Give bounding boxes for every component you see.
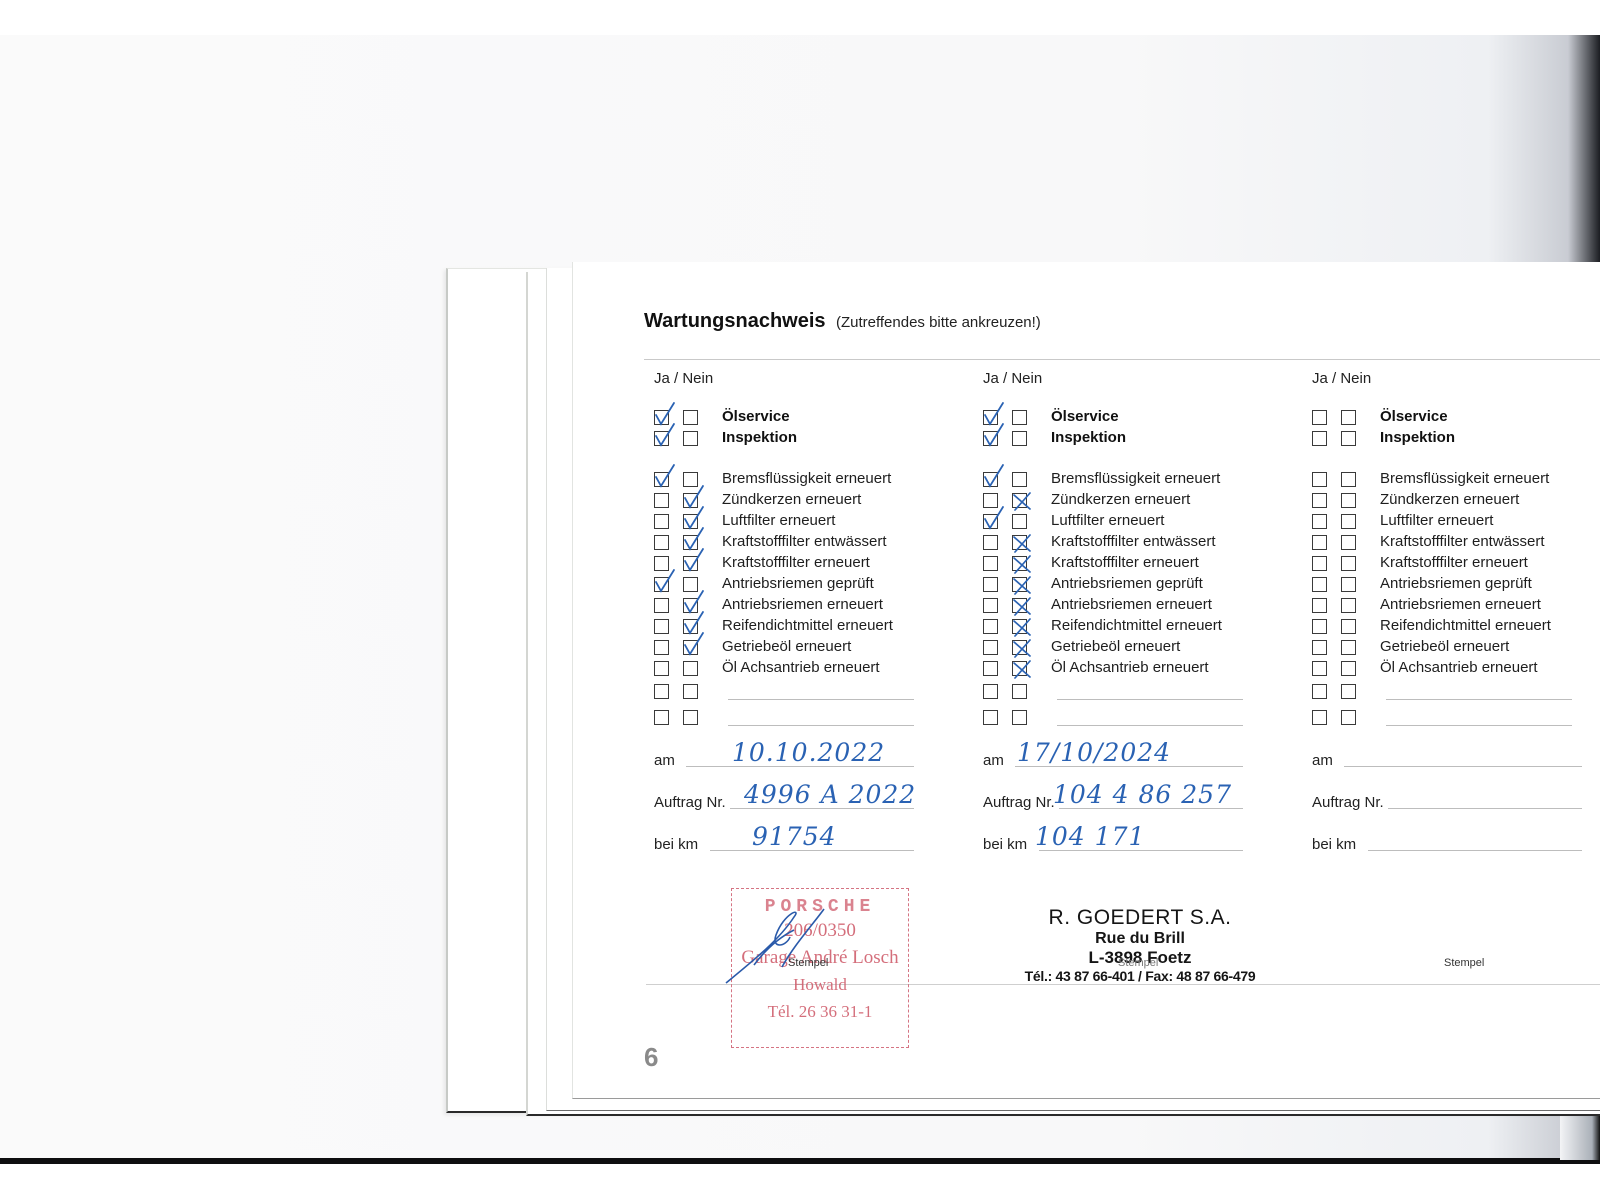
nein-checkbox[interactable]: [1012, 598, 1027, 613]
blank-checklist-row: [983, 682, 1303, 703]
nein-checkbox[interactable]: [1341, 661, 1356, 676]
ja-checkbox[interactable]: [1312, 493, 1327, 508]
nein-checkbox[interactable]: [1341, 556, 1356, 571]
nein-checkbox[interactable]: [1341, 514, 1356, 529]
ja-checkbox[interactable]: [983, 472, 998, 487]
checklist-label: Antriebsriemen erneuert: [1380, 596, 1541, 613]
service-record-column-1: Ja / NeinÖlserviceInspektionBremsflüssig…: [644, 365, 964, 975]
checklist-label: Kraftstofffilter entwässert: [1051, 533, 1216, 550]
checklist-label: Getriebeöl erneuert: [1051, 638, 1180, 655]
checklist-label: Antriebsriemen geprüft: [1380, 575, 1532, 592]
checklist-label: Zündkerzen erneuert: [1051, 491, 1190, 508]
ja-checkbox[interactable]: [1312, 598, 1327, 613]
checklist-label: Getriebeöl erneuert: [722, 638, 851, 655]
checklist-row: Inspektion: [654, 429, 974, 450]
ja-checkbox[interactable]: [654, 556, 669, 571]
nein-checkbox[interactable]: [683, 472, 698, 487]
order-number-handwritten-value: 104 4 86 257: [1053, 780, 1232, 809]
checklist-row: Getriebeöl erneuert: [1312, 638, 1600, 659]
checklist-label: Kraftstofffilter erneuert: [1051, 554, 1199, 571]
mileage-handwritten-value: 104 171: [1035, 822, 1145, 851]
order-number-field[interactable]: Auftrag Nr.4996 A 2022: [654, 785, 974, 811]
ja-checkbox[interactable]: [983, 710, 998, 725]
checklist-label: Antriebsriemen erneuert: [1051, 596, 1212, 613]
nein-checkbox[interactable]: [1012, 640, 1027, 655]
mileage-field[interactable]: bei km91754: [654, 827, 974, 853]
date-field[interactable]: am: [1312, 743, 1600, 769]
ja-checkbox[interactable]: [654, 619, 669, 634]
ja-checkbox[interactable]: [1312, 431, 1327, 446]
ja-checkbox[interactable]: [1312, 684, 1327, 699]
ja-nein-header: Ja / Nein: [654, 370, 713, 387]
nein-checkbox[interactable]: [1341, 535, 1356, 550]
checklist-label: Bremsflüssigkeit erneuert: [722, 470, 891, 487]
checklist-label: Kraftstofffilter erneuert: [722, 554, 870, 571]
ja-checkbox[interactable]: [1312, 710, 1327, 725]
handwritten-check-icon: [651, 424, 677, 450]
handwritten-check-icon: [980, 507, 1006, 533]
checklist-label: Kraftstofffilter entwässert: [1380, 533, 1545, 550]
blank-checklist-row: [654, 708, 974, 729]
stempel-label-1: Stempel: [788, 957, 828, 969]
checklist-row: Inspektion: [983, 429, 1303, 450]
nein-checkbox[interactable]: [1012, 493, 1027, 508]
checklist-row: Reifendichtmittel erneuert: [1312, 617, 1600, 638]
ja-checkbox[interactable]: [983, 431, 998, 446]
checklist-label: Luftfilter erneuert: [1051, 512, 1164, 529]
dealer-stamp-goedert: R. GOEDERT S.A. Rue du Brill L-3898 Foet…: [1010, 906, 1270, 984]
page-title: Wartungsnachweis (Zutreffendes bitte ank…: [644, 310, 1041, 333]
checklist-label: Öl Achsantrieb erneuert: [722, 659, 880, 676]
ja-checkbox[interactable]: [1312, 640, 1327, 655]
mileage-label: bei km: [1312, 836, 1356, 853]
ja-checkbox[interactable]: [1312, 410, 1327, 425]
checklist-row: Öl Achsantrieb erneuert: [983, 659, 1303, 680]
nein-checkbox[interactable]: [683, 514, 698, 529]
nein-checkbox[interactable]: [683, 619, 698, 634]
checklist-label: Zündkerzen erneuert: [722, 491, 861, 508]
checklist-label: Reifendichtmittel erneuert: [722, 617, 893, 634]
ja-checkbox[interactable]: [983, 598, 998, 613]
header-divider: [644, 359, 1600, 360]
checklist-row: Kraftstofffilter erneuert: [654, 554, 974, 575]
checklist-row: Antriebsriemen erneuert: [1312, 596, 1600, 617]
ja-nein-header: Ja / Nein: [983, 370, 1042, 387]
nein-checkbox[interactable]: [1012, 661, 1027, 676]
nein-checkbox[interactable]: [683, 684, 698, 699]
nein-checkbox[interactable]: [1341, 410, 1356, 425]
nein-checkbox[interactable]: [683, 598, 698, 613]
nein-checkbox[interactable]: [1341, 640, 1356, 655]
nein-checkbox[interactable]: [1012, 410, 1027, 425]
checklist-label: Luftfilter erneuert: [722, 512, 835, 529]
checklist-label: Ölservice: [1380, 408, 1448, 425]
checklist-label: Bremsflüssigkeit erneuert: [1051, 470, 1220, 487]
ja-checkbox[interactable]: [983, 640, 998, 655]
stamp-phone-fax: Tél.: 43 87 66-401 / Fax: 48 87 66-479: [1010, 968, 1270, 984]
ja-checkbox[interactable]: [983, 410, 998, 425]
nein-checkbox[interactable]: [1341, 472, 1356, 487]
ja-checkbox[interactable]: [1312, 556, 1327, 571]
ja-checkbox[interactable]: [654, 577, 669, 592]
blank-entry-line[interactable]: [728, 699, 914, 700]
order-number-line: [1388, 808, 1582, 809]
checklist-label: Öl Achsantrieb erneuert: [1051, 659, 1209, 676]
ja-checkbox[interactable]: [1312, 661, 1327, 676]
checklist-label: Ölservice: [1051, 408, 1119, 425]
mileage-label: bei km: [983, 836, 1027, 853]
blank-checklist-row: [1312, 682, 1600, 703]
mileage-handwritten-value: 91754: [752, 822, 837, 851]
ja-checkbox[interactable]: [983, 684, 998, 699]
nein-checkbox[interactable]: [1012, 619, 1027, 634]
ja-checkbox[interactable]: [654, 710, 669, 725]
nein-checkbox[interactable]: [1012, 472, 1027, 487]
checklist-label: Getriebeöl erneuert: [1380, 638, 1509, 655]
checklist-row: Ölservice: [654, 408, 974, 429]
blank-checklist-row: [1312, 708, 1600, 729]
ja-checkbox[interactable]: [654, 661, 669, 676]
handwritten-check-icon: [680, 633, 706, 659]
order-number-field[interactable]: Auftrag Nr.104 4 86 257: [983, 785, 1303, 811]
date-field[interactable]: am17/10/2024: [983, 743, 1303, 769]
checklist-label: Antriebsriemen erneuert: [722, 596, 883, 613]
ja-checkbox[interactable]: [1312, 619, 1327, 634]
handwritten-check-icon: [680, 549, 706, 575]
nein-checkbox[interactable]: [1012, 556, 1027, 571]
service-record-column-2: Ja / NeinÖlserviceInspektionBremsflüssig…: [973, 365, 1293, 975]
blank-entry-line[interactable]: [1386, 699, 1572, 700]
checklist-label: Luftfilter erneuert: [1380, 512, 1493, 529]
checklist-label: Öl Achsantrieb erneuert: [1380, 659, 1538, 676]
checklist-label: Antriebsriemen geprüft: [722, 575, 874, 592]
order-number-label: Auftrag Nr.: [654, 794, 726, 811]
blank-entry-line[interactable]: [728, 725, 914, 726]
ja-checkbox[interactable]: [983, 535, 998, 550]
checklist-row: Kraftstofffilter erneuert: [1312, 554, 1600, 575]
blank-checklist-row: [983, 708, 1303, 729]
nein-checkbox[interactable]: [1341, 619, 1356, 634]
order-number-label: Auftrag Nr.: [983, 794, 1055, 811]
nein-checkbox[interactable]: [1012, 514, 1027, 529]
ja-checkbox[interactable]: [654, 640, 669, 655]
handwritten-cross-icon: [1009, 486, 1035, 512]
mileage-field[interactable]: bei km104 171: [983, 827, 1303, 853]
date-handwritten-value: 10.10.2022: [732, 738, 885, 767]
ja-nein-header: Ja / Nein: [1312, 370, 1371, 387]
checklist-row: Öl Achsantrieb erneuert: [1312, 659, 1600, 680]
ja-checkbox[interactable]: [654, 514, 669, 529]
service-record-column-3: Ja / NeinÖlserviceInspektionBremsflüssig…: [1302, 365, 1600, 975]
checklist-row: Inspektion: [1312, 429, 1600, 450]
ja-checkbox[interactable]: [654, 535, 669, 550]
ja-checkbox[interactable]: [654, 493, 669, 508]
checklist-label: Bremsflüssigkeit erneuert: [1380, 470, 1549, 487]
nein-checkbox[interactable]: [1341, 493, 1356, 508]
order-number-handwritten-value: 4996 A 2022: [744, 780, 916, 809]
ja-checkbox[interactable]: [654, 410, 669, 425]
nein-checkbox[interactable]: [683, 556, 698, 571]
stamp-street: Rue du Brill: [1010, 930, 1270, 948]
nein-checkbox[interactable]: [683, 431, 698, 446]
checklist-label: Ölservice: [722, 408, 790, 425]
nein-checkbox[interactable]: [683, 710, 698, 725]
ja-checkbox[interactable]: [654, 431, 669, 446]
ja-checkbox[interactable]: [983, 556, 998, 571]
document-title: Wartungsnachweis: [644, 310, 826, 332]
nein-checkbox[interactable]: [1012, 577, 1027, 592]
blank-entry-line[interactable]: [1057, 725, 1243, 726]
handwritten-check-icon: [651, 570, 677, 596]
checklist-row: Zündkerzen erneuert: [1312, 491, 1600, 512]
signature-scribble: [724, 905, 844, 985]
checklist-row: Bremsflüssigkeit erneuert: [1312, 470, 1600, 491]
blank-checklist-row: [654, 682, 974, 703]
handwritten-cross-icon: [1009, 654, 1035, 680]
ja-checkbox[interactable]: [983, 493, 998, 508]
date-field[interactable]: am10.10.2022: [654, 743, 974, 769]
ja-checkbox[interactable]: [983, 577, 998, 592]
date-label: am: [1312, 752, 1333, 769]
checklist-label: Inspektion: [1051, 429, 1126, 446]
handwritten-check-icon: [980, 424, 1006, 450]
checklist-label: Inspektion: [1380, 429, 1455, 446]
booklet-binding-edge: [1560, 1110, 1600, 1160]
checklist-label: Reifendichtmittel erneuert: [1380, 617, 1551, 634]
ja-checkbox[interactable]: [983, 514, 998, 529]
mileage-label: bei km: [654, 836, 698, 853]
checklist-label: Zündkerzen erneuert: [1380, 491, 1519, 508]
stamp-company: R. GOEDERT S.A.: [1010, 906, 1270, 930]
ja-checkbox[interactable]: [1312, 577, 1327, 592]
stempel-label-2: Stempel: [1118, 957, 1158, 969]
blank-entry-line[interactable]: [1057, 699, 1243, 700]
nein-checkbox[interactable]: [1341, 577, 1356, 592]
nein-checkbox[interactable]: [683, 661, 698, 676]
checklist-label: Kraftstofffilter erneuert: [1380, 554, 1528, 571]
date-line: [1344, 766, 1582, 767]
checklist-label: Reifendichtmittel erneuert: [1051, 617, 1222, 634]
mileage-line: [1368, 850, 1582, 851]
ja-checkbox[interactable]: [983, 661, 998, 676]
nein-checkbox[interactable]: [683, 410, 698, 425]
order-number-field[interactable]: Auftrag Nr.: [1312, 785, 1600, 811]
nein-checkbox[interactable]: [1341, 710, 1356, 725]
nein-checkbox[interactable]: [683, 640, 698, 655]
handwritten-check-icon: [651, 465, 677, 491]
nein-checkbox[interactable]: [1012, 684, 1027, 699]
ja-checkbox[interactable]: [654, 472, 669, 487]
scan-margin-bottom: [0, 1164, 1600, 1200]
scan-margin-top: [0, 0, 1600, 35]
checklist-row: Ölservice: [1312, 408, 1600, 429]
checklist-row: Kraftstofffilter entwässert: [1312, 533, 1600, 554]
checklist-row: Getriebeöl erneuert: [654, 638, 974, 659]
checklist-row: Luftfilter erneuert: [1312, 512, 1600, 533]
blank-entry-line[interactable]: [1386, 725, 1572, 726]
nein-checkbox[interactable]: [1012, 535, 1027, 550]
nein-checkbox[interactable]: [1012, 431, 1027, 446]
ja-checkbox[interactable]: [983, 619, 998, 634]
checklist-row: Antriebsriemen geprüft: [1312, 575, 1600, 596]
date-label: am: [654, 752, 675, 769]
handwritten-check-icon: [980, 465, 1006, 491]
checklist-label: Inspektion: [722, 429, 797, 446]
nein-checkbox[interactable]: [1341, 684, 1356, 699]
nein-checkbox[interactable]: [683, 493, 698, 508]
ja-checkbox[interactable]: [654, 684, 669, 699]
checklist-label: Kraftstofffilter entwässert: [722, 533, 887, 550]
ja-checkbox[interactable]: [1312, 472, 1327, 487]
nein-checkbox[interactable]: [1012, 710, 1027, 725]
order-number-label: Auftrag Nr.: [1312, 794, 1384, 811]
date-handwritten-value: 17/10/2024: [1017, 738, 1171, 767]
ja-checkbox[interactable]: [1312, 535, 1327, 550]
checklist-row: Zündkerzen erneuert: [983, 491, 1303, 512]
checklist-row: Ölservice: [983, 408, 1303, 429]
ja-checkbox[interactable]: [1312, 514, 1327, 529]
ja-checkbox[interactable]: [654, 598, 669, 613]
date-label: am: [983, 752, 1004, 769]
checklist-label: Antriebsriemen geprüft: [1051, 575, 1203, 592]
checklist-row: Öl Achsantrieb erneuert: [654, 659, 974, 680]
nein-checkbox[interactable]: [683, 535, 698, 550]
stamp-phone: Tél. 26 36 31-1: [732, 998, 908, 1025]
document-instruction: (Zutreffendes bitte ankreuzen!): [836, 314, 1041, 331]
page-number: 6: [644, 1042, 658, 1073]
nein-checkbox[interactable]: [1341, 431, 1356, 446]
stempel-label-3: Stempel: [1444, 957, 1484, 969]
nein-checkbox[interactable]: [1341, 598, 1356, 613]
mileage-field[interactable]: bei km: [1312, 827, 1600, 853]
nein-checkbox[interactable]: [683, 577, 698, 592]
